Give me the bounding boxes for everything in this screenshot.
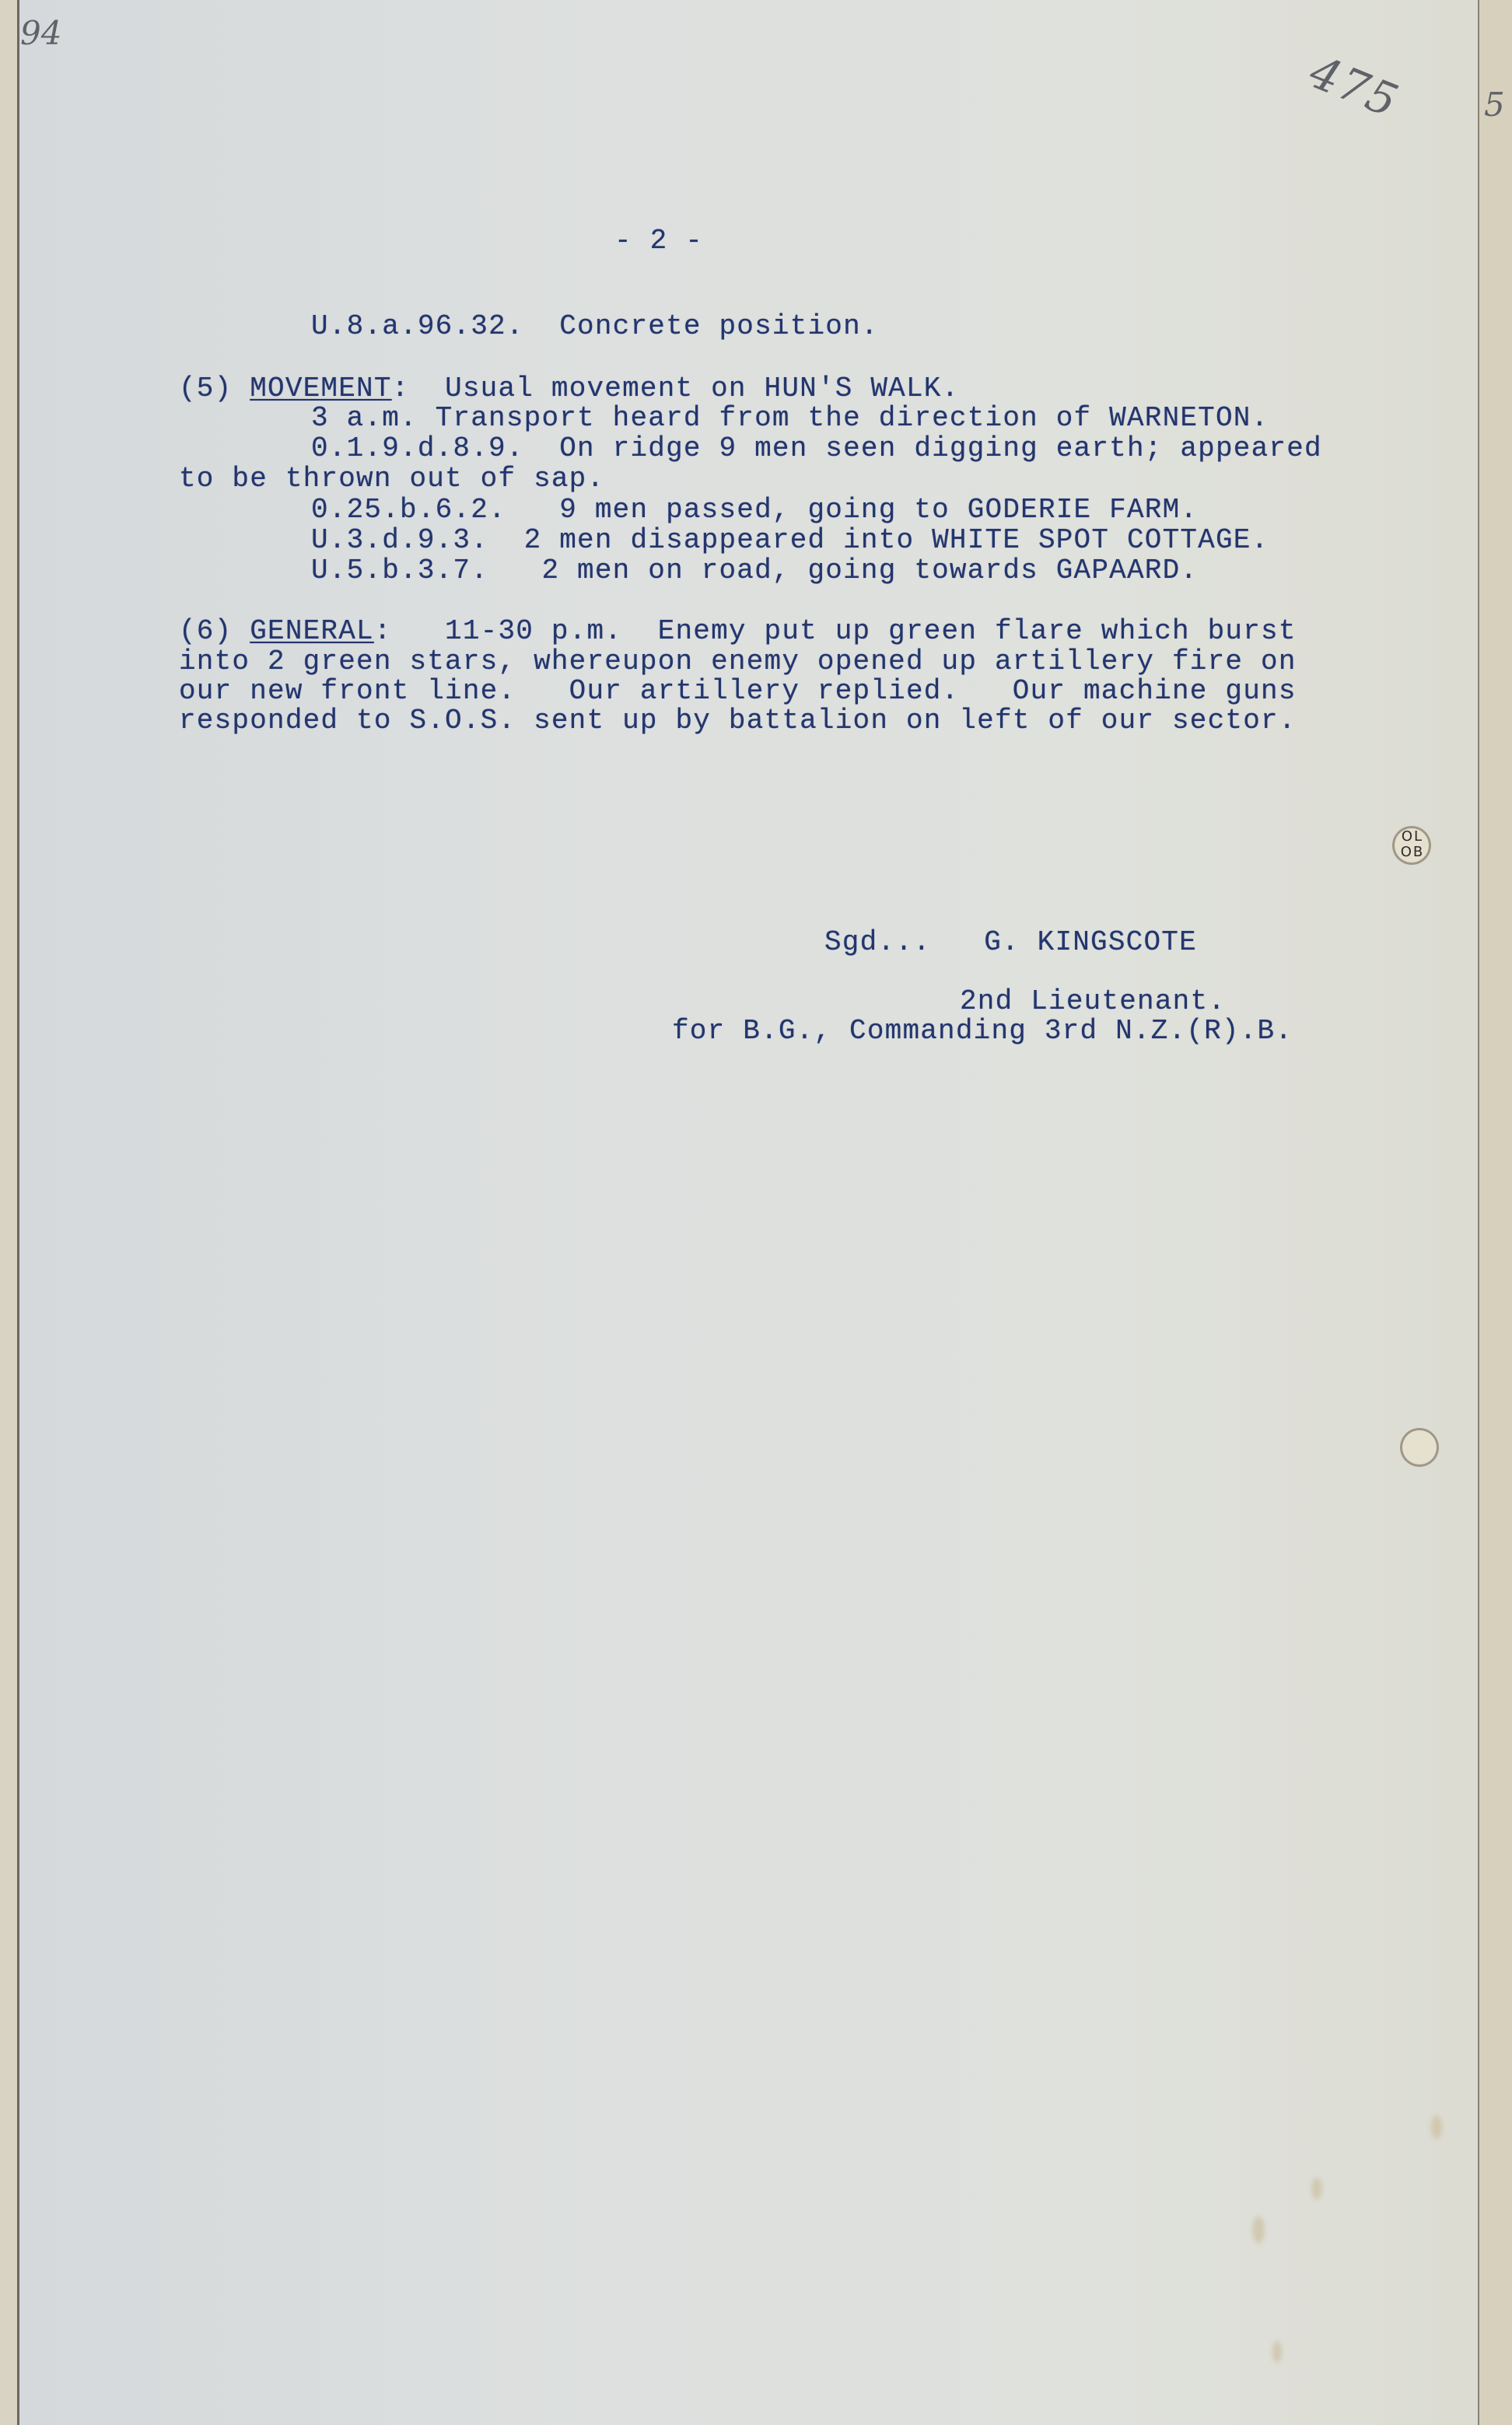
page-number: - 2 -	[614, 226, 703, 256]
section-text: : Usual movement on HUN'S WALK.	[392, 373, 960, 404]
text-line: 3 a.m. Transport heard from the directio…	[311, 403, 1269, 433]
underlying-page-right	[1479, 0, 1512, 2425]
foxing-spot	[1252, 2217, 1265, 2243]
section-text: : 11-30 p.m. Enemy put up green flare wh…	[374, 615, 1297, 647]
section-movement: (5) MOVEMENT: Usual movement on HUN'S WA…	[179, 373, 959, 404]
text-line: U.5.b.3.7. 2 men on road, going towards …	[311, 555, 1198, 586]
folio-mark-left: 94	[20, 14, 61, 52]
text-line: into 2 green stars, whereupon enemy open…	[179, 646, 1297, 677]
section-heading-movement: MOVEMENT	[250, 373, 391, 404]
foxing-spot	[1272, 2341, 1282, 2363]
section-heading-general: GENERAL	[250, 615, 374, 647]
text-line: our new front line. Our artillery replie…	[179, 676, 1297, 706]
punch-hole	[1400, 1428, 1439, 1467]
folio-mark-right: 5	[1484, 86, 1505, 124]
section-number: (6)	[179, 615, 250, 647]
foxing-spot	[1431, 2115, 1442, 2139]
text-line: to be thrown out of sap.	[179, 464, 604, 494]
document-page	[17, 0, 1479, 2425]
signature-on-behalf: for B.G., Commanding 3rd N.Z.(R).B.	[672, 1016, 1293, 1046]
signature-rank: 2nd Lieutenant.	[960, 986, 1226, 1017]
stamp-letters: OL OB	[1395, 829, 1430, 860]
text-line-grid-ref: U.8.a.96.32. Concrete position.	[311, 311, 879, 341]
section-number: (5)	[179, 373, 250, 404]
signature-line: Sgd... G. KINGSCOTE	[824, 927, 1197, 957]
section-general: (6) GENERAL: 11-30 p.m. Enemy put up gre…	[179, 616, 1297, 646]
text-line: 0.1.9.d.8.9. On ridge 9 men seen digging…	[311, 433, 1322, 464]
text-line: U.3.d.9.3. 2 men disappeared into WHITE …	[311, 525, 1269, 555]
text-line: responded to S.O.S. sent up by battalion…	[179, 705, 1297, 736]
foxing-spot	[1311, 2178, 1322, 2199]
text-line: 0.25.b.6.2. 9 men passed, going to GODER…	[311, 495, 1198, 525]
